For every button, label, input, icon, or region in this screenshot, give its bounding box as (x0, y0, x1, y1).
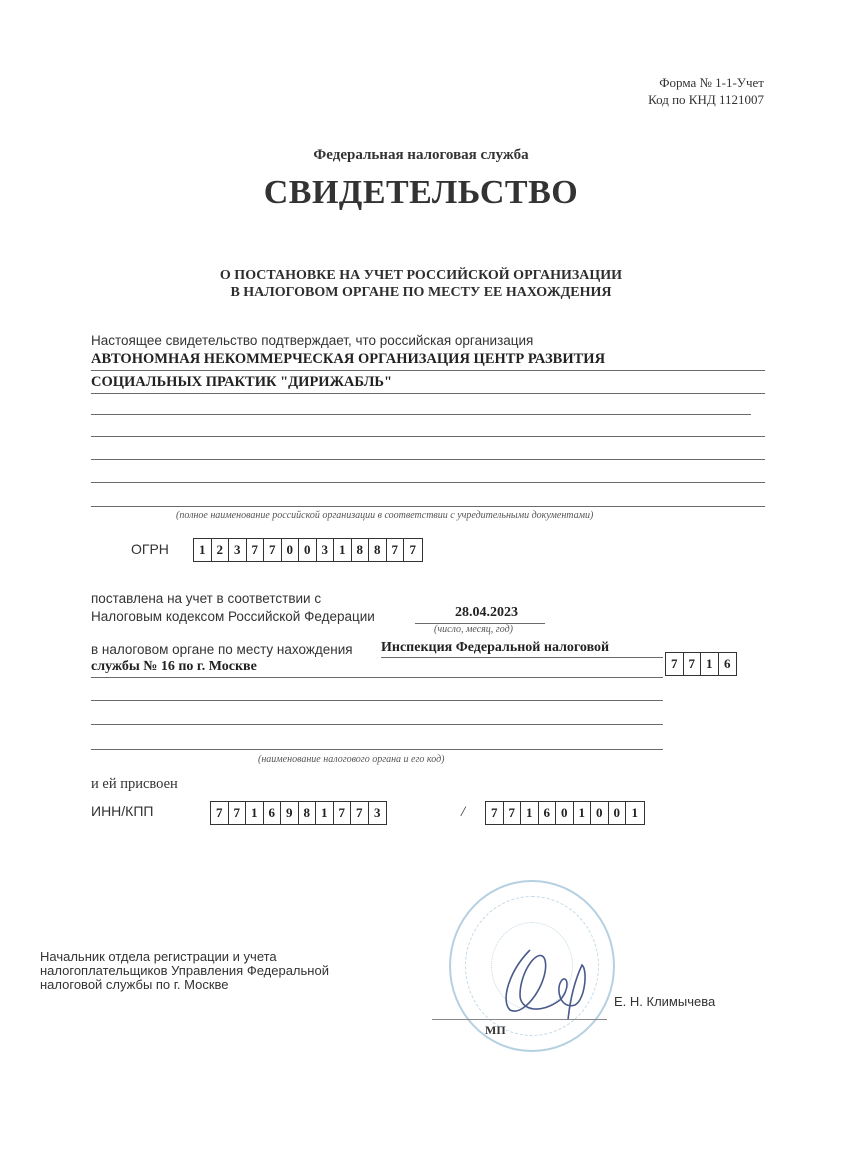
inn-digit: 8 (299, 802, 317, 824)
ogrn-digit: 7 (404, 539, 422, 561)
inn-digit: 7 (351, 802, 369, 824)
organization-intro: Настоящее свидетельство подтверждает, чт… (91, 333, 533, 348)
kpp-digit: 6 (539, 802, 557, 824)
authority-code-digit: 7 (666, 653, 684, 675)
organization-name-line-1: АВТОНОМНАЯ НЕКОММЕРЧЕСКАЯ ОРГАНИЗАЦИЯ ЦЕ… (91, 351, 605, 368)
authority-underline-2 (91, 677, 663, 678)
ogrn-digit: 1 (334, 539, 352, 561)
signer-name: Е. Н. Климычева (614, 994, 715, 1009)
registration-line-1: поставлена на учет в соответствии с (91, 591, 321, 606)
authority-underline-3 (91, 700, 663, 701)
authority-code-digit: 1 (701, 653, 719, 675)
authority-caption: (наименование налогового органа и его ко… (258, 754, 444, 765)
authority-intro: в налоговом органе по месту нахождения (91, 642, 353, 657)
inn-digit: 3 (369, 802, 387, 824)
authority-underline-1 (381, 657, 663, 658)
inn-kpp-separator: / (461, 804, 465, 821)
position-line-2: налогоплательщиков Управления Федерально… (40, 964, 329, 978)
signature-line (432, 1019, 607, 1020)
ogrn-cells: 1237700318877 (193, 538, 423, 562)
name-underline-1 (91, 370, 765, 371)
position-line-3: налоговой службы по г. Москве (40, 978, 329, 992)
ogrn-digit: 8 (352, 539, 370, 561)
kpp-digit: 7 (504, 802, 522, 824)
inn-digit: 1 (246, 802, 264, 824)
kpp-cells: 771601001 (485, 801, 645, 825)
inn-cells: 7716981773 (210, 801, 387, 825)
inn-kpp-label: ИНН/КПП (91, 803, 153, 819)
knd-code: Код по КНД 1121007 (648, 91, 764, 108)
inn-digit: 7 (211, 802, 229, 824)
signer-position: Начальник отдела регистрации и учета нал… (40, 950, 329, 992)
registration-date: 28.04.2023 (455, 605, 518, 621)
authority-underline-4 (91, 724, 663, 725)
stamp-label: МП (485, 1023, 506, 1038)
name-underline-4 (91, 436, 765, 437)
name-underline-2 (91, 393, 765, 394)
organization-caption: (полное наименование российской организа… (176, 510, 593, 521)
name-underline-3 (91, 414, 751, 415)
subtitle-line-1: О ПОСТАНОВКЕ НА УЧЕТ РОССИЙСКОЙ ОРГАНИЗА… (0, 267, 842, 284)
position-line-1: Начальник отдела регистрации и учета (40, 950, 329, 964)
name-underline-6 (91, 482, 765, 483)
handwritten-signature-icon (490, 940, 620, 1025)
inn-digit: 6 (264, 802, 282, 824)
inn-digit: 9 (281, 802, 299, 824)
inn-digit: 7 (229, 802, 247, 824)
form-identifier: Форма № 1-1-Учет Код по КНД 1121007 (648, 74, 764, 108)
kpp-digit: 1 (574, 802, 592, 824)
authority-code-cells: 7716 (665, 652, 737, 676)
ogrn-digit: 3 (317, 539, 335, 561)
kpp-digit: 1 (521, 802, 539, 824)
kpp-digit: 0 (556, 802, 574, 824)
subtitle-line-2: В НАЛОГОВОМ ОРГАНЕ ПО МЕСТУ ЕЕ НАХОЖДЕНИ… (0, 284, 842, 301)
ogrn-label: ОГРН (131, 541, 169, 557)
name-underline-7 (91, 506, 765, 507)
ogrn-digit: 0 (299, 539, 317, 561)
authority-name-line-2: службы № 16 по г. Москве (91, 659, 257, 675)
registration-line-2: Налоговым кодексом Российской Федерации (91, 609, 375, 624)
authority-code-digit: 7 (684, 653, 702, 675)
kpp-digit: 7 (486, 802, 504, 824)
ogrn-digit: 7 (264, 539, 282, 561)
authority-code-digit: 6 (719, 653, 737, 675)
agency-name: Федеральная налоговая служба (0, 147, 842, 164)
ogrn-digit: 7 (387, 539, 405, 561)
ogrn-digit: 8 (369, 539, 387, 561)
authority-name-line-1: Инспекция Федеральной налоговой (381, 640, 609, 656)
ogrn-digit: 0 (282, 539, 300, 561)
ogrn-digit: 7 (247, 539, 265, 561)
name-underline-5 (91, 459, 765, 460)
ogrn-digit: 3 (229, 539, 247, 561)
inn-digit: 1 (316, 802, 334, 824)
kpp-digit: 0 (591, 802, 609, 824)
kpp-digit: 0 (609, 802, 627, 824)
date-caption: (число, месяц, год) (434, 624, 513, 635)
authority-underline-5 (91, 749, 663, 750)
ogrn-digit: 2 (212, 539, 230, 561)
organization-name-line-2: СОЦИАЛЬНЫХ ПРАКТИК "ДИРИЖАБЛЬ" (91, 374, 392, 391)
form-number: Форма № 1-1-Учет (648, 74, 764, 91)
document-title: СВИДЕТЕЛЬСТВО (0, 174, 842, 212)
inn-digit: 7 (334, 802, 352, 824)
ogrn-digit: 1 (194, 539, 212, 561)
kpp-digit: 1 (626, 802, 644, 824)
document-subtitle: О ПОСТАНОВКЕ НА УЧЕТ РОССИЙСКОЙ ОРГАНИЗА… (0, 267, 842, 301)
assigned-label: и ей присвоен (91, 776, 178, 793)
